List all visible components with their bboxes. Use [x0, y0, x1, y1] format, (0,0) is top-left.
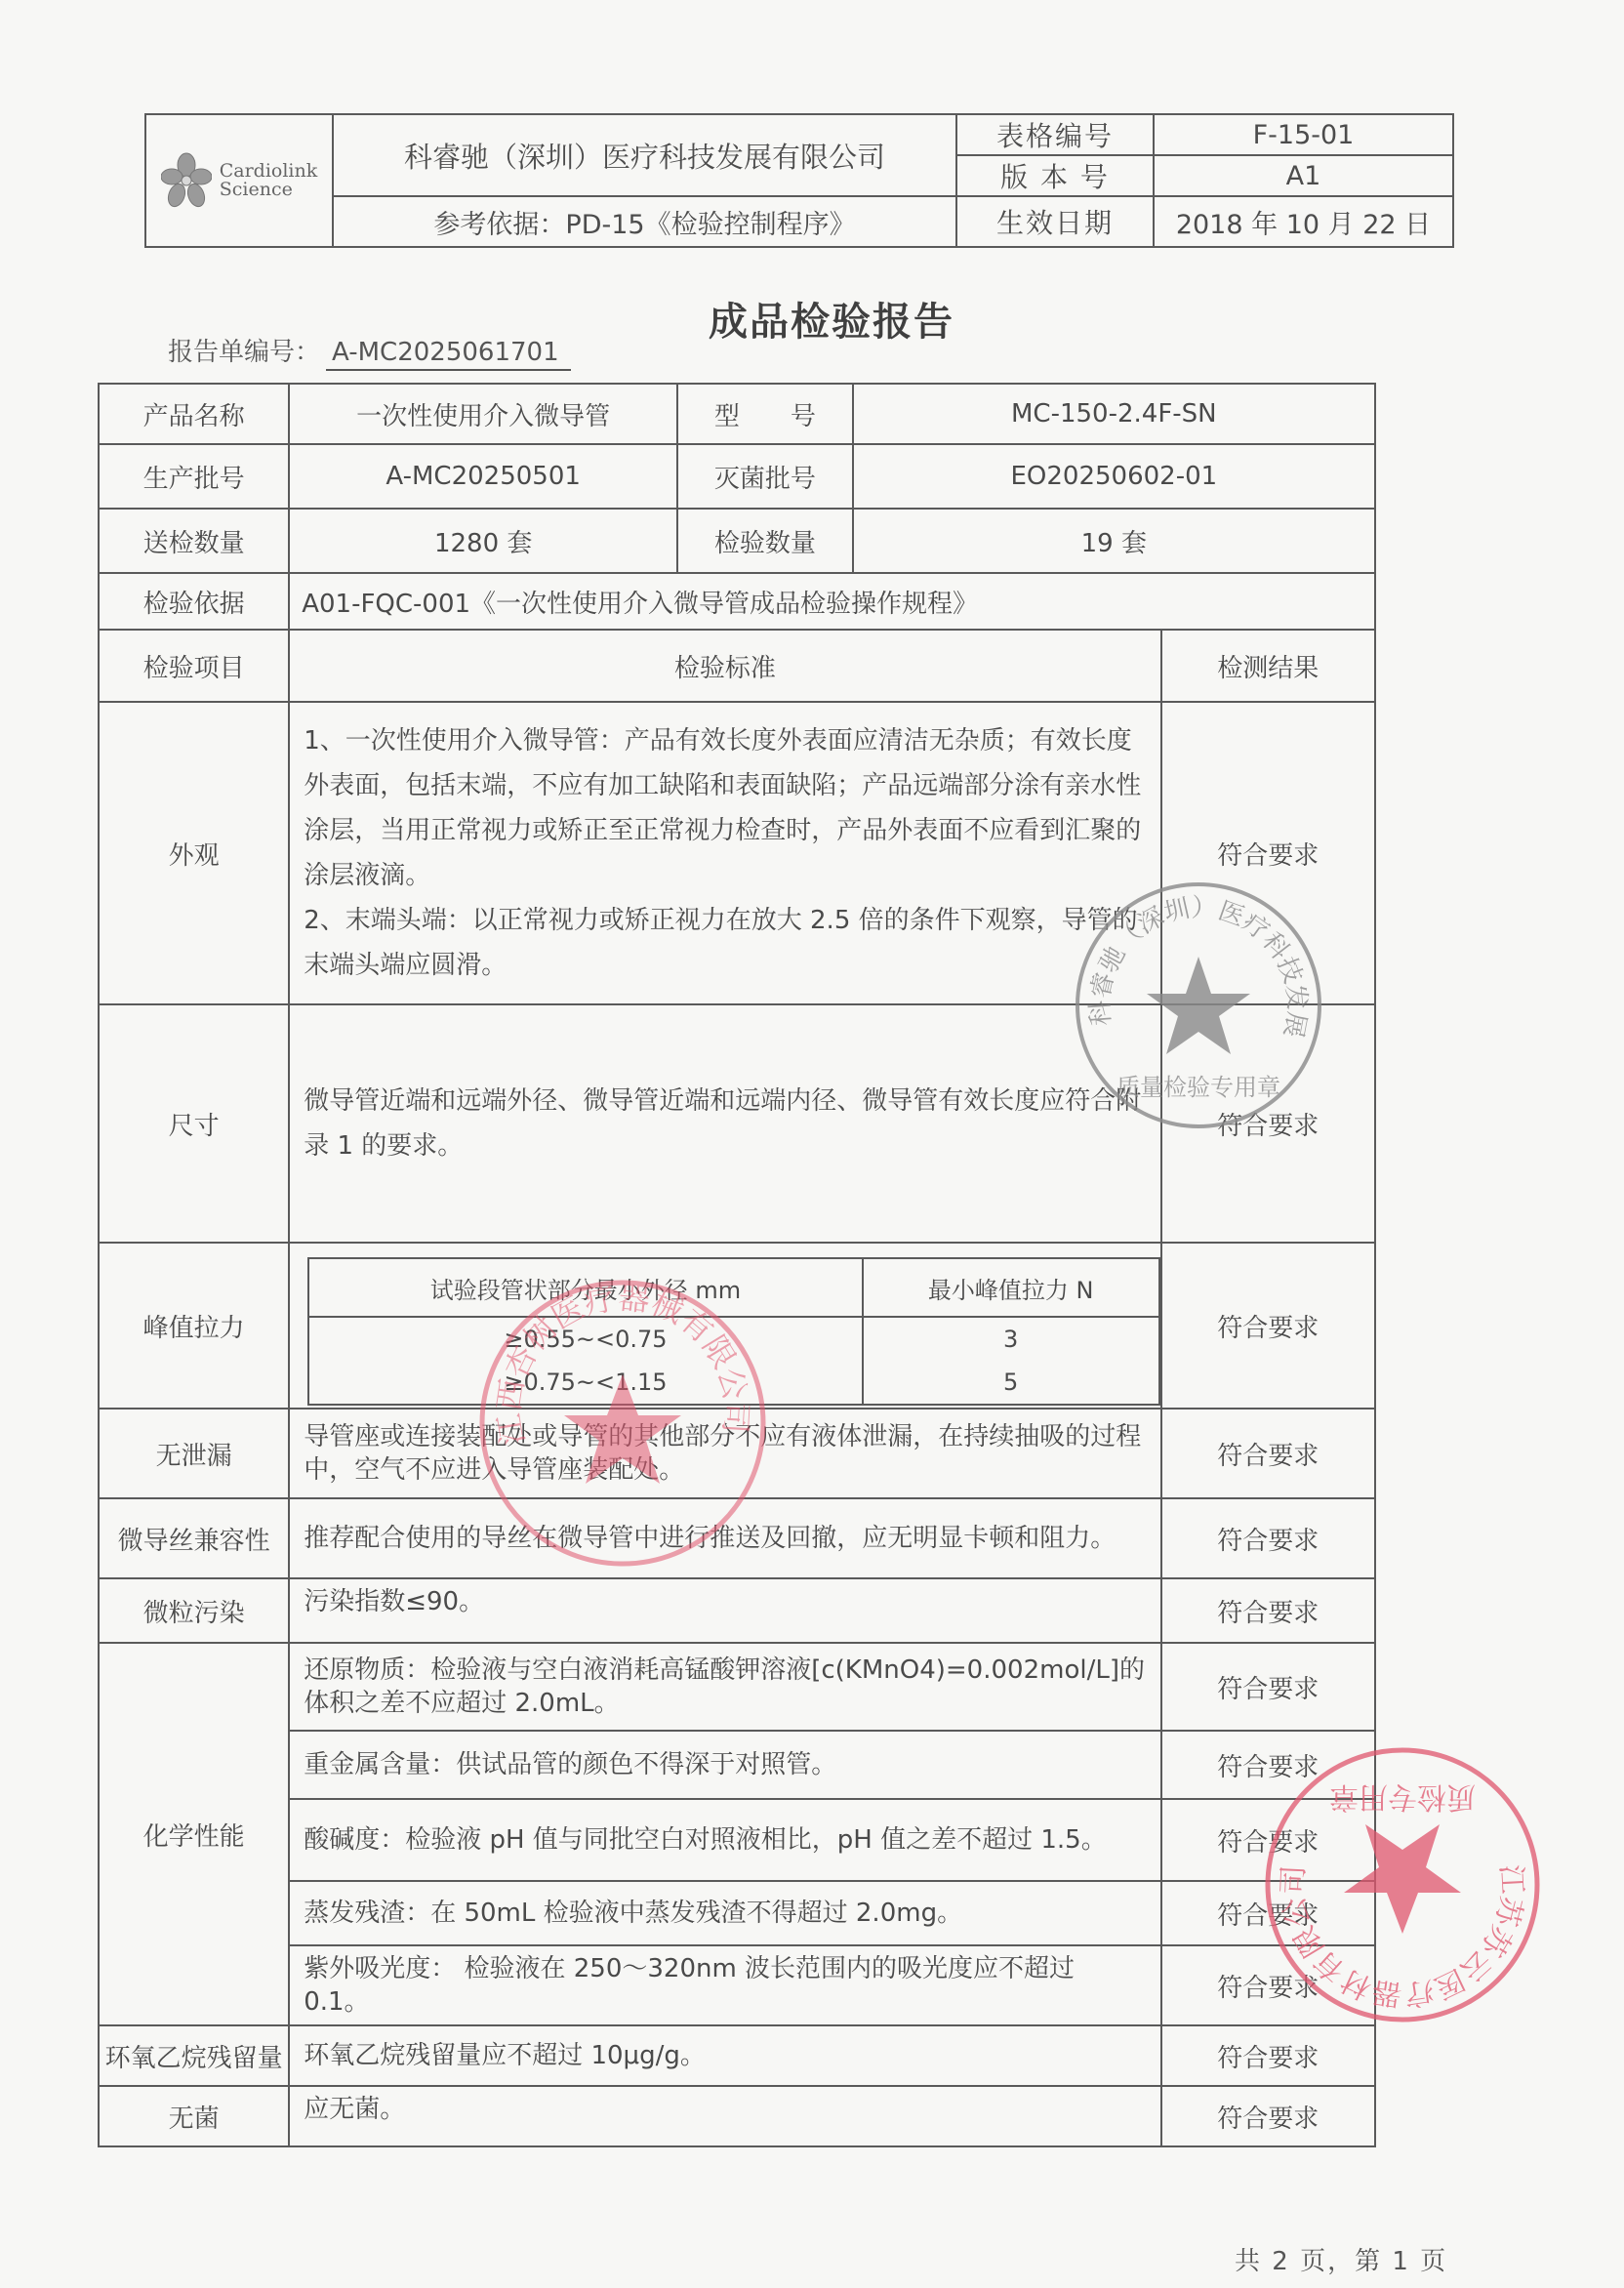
standard-text: 微导管近端和远端外径、微导管近端和远端内径、微导管有效长度应符合附录 1 的要求…	[289, 1004, 1160, 1243]
range-row-2: ≥0.75~<1.15	[309, 1361, 861, 1404]
item-label: 微导丝兼容性	[99, 1498, 289, 1578]
col-header-result: 检测结果	[1161, 630, 1375, 702]
result-value: 符合要求	[1161, 1945, 1375, 2025]
force-row-1: 3	[864, 1318, 1158, 1361]
result-value: 符合要求	[1161, 1004, 1375, 1243]
basis-value: A01-FQC-001《一次性使用介入微导管成品检验操作规程》	[289, 573, 1375, 630]
batch-value: A-MC20250501	[289, 444, 677, 509]
model-value: MC-150-2.4F-SN	[853, 384, 1375, 444]
col-header-item: 检验项目	[99, 630, 289, 702]
appearance-std-2: 2、末端头端：以正常视力或矫正视力在放大 2.5 倍的条件下观察，导管的末端头端…	[304, 898, 1146, 988]
flower-logo-icon	[161, 151, 212, 210]
result-value: 符合要求	[1161, 1498, 1375, 1578]
table-row: 尺寸 微导管近端和远端外径、微导管近端和远端内径、微导管有效长度应符合附录 1 …	[99, 1004, 1375, 1243]
inspect-qty-value: 19 套	[853, 509, 1375, 573]
item-label: 外观	[99, 702, 289, 1004]
result-value: 符合要求	[1161, 1578, 1375, 1643]
inspection-report-page: Cardiolink Science 科睿驰（深圳）医疗科技发展有限公司 表格编…	[0, 0, 1624, 2288]
sterile-batch-value: EO20250602-01	[853, 444, 1375, 509]
standard-text: 酸碱度：检验液 pH 值与同批空白对照液相比，pH 值之差不超过 1.5。	[289, 1799, 1160, 1881]
info-row: 生产批号 A-MC20250501 灭菌批号 EO20250602-01	[99, 444, 1375, 509]
version-value: A1	[1154, 155, 1453, 196]
result-value: 符合要求	[1161, 2025, 1375, 2086]
company-name: 科睿驰（深圳）医疗科技发展有限公司	[333, 114, 956, 196]
result-value: 符合要求	[1161, 1643, 1375, 1731]
range-row-1: ≥0.55~<0.75	[309, 1318, 861, 1361]
result-value: 符合要求	[1161, 702, 1375, 1004]
result-value: 符合要求	[1161, 2086, 1375, 2146]
table-row: 酸碱度：检验液 pH 值与同批空白对照液相比，pH 值之差不超过 1.5。 符合…	[99, 1799, 1375, 1881]
item-label: 化学性能	[99, 1643, 289, 2025]
standard-text: 推荐配合使用的导丝在微导管中进行推送及回撤，应无明显卡顿和阻力。	[289, 1498, 1160, 1578]
item-label: 尺寸	[99, 1004, 289, 1243]
item-label: 无泄漏	[99, 1409, 289, 1498]
standard-text: 1、一次性使用介入微导管：产品有效长度外表面应清洁无杂质；有效长度外表面，包括末…	[289, 702, 1160, 1004]
result-value: 符合要求	[1161, 1731, 1375, 1799]
submit-qty-label: 送检数量	[99, 509, 289, 573]
table-row: 化学性能 还原物质：检验液与空白液消耗高锰酸钾溶液[c(KMnO4)=0.002…	[99, 1643, 1375, 1731]
result-value: 符合要求	[1161, 1243, 1375, 1409]
effective-date-label: 生效日期	[956, 196, 1154, 247]
result-value: 符合要求	[1161, 1881, 1375, 1945]
table-row: 外观 1、一次性使用介入微导管：产品有效长度外表面应清洁无杂质；有效长度外表面，…	[99, 702, 1375, 1004]
subtable-ranges: ≥0.55~<0.75 ≥0.75~<1.15	[308, 1317, 862, 1405]
info-row: 送检数量 1280 套 检验数量 19 套	[99, 509, 1375, 573]
report-number-value: A-MC2025061701	[326, 338, 571, 371]
report-number-label: 报告单编号：	[168, 338, 320, 367]
batch-label: 生产批号	[99, 444, 289, 509]
subtable-forces: 3 5	[863, 1317, 1159, 1405]
table-row: 微导丝兼容性 推荐配合使用的导丝在微导管中进行推送及回撤，应无明显卡顿和阻力。 …	[99, 1498, 1375, 1578]
submit-qty-value: 1280 套	[289, 509, 677, 573]
form-no-value: F-15-01	[1154, 114, 1453, 155]
peak-tension-subtable-cell: 试验段管状部分最小外径 mm 最小峰值拉力 N ≥0.55~<0.75 ≥0.7…	[289, 1243, 1160, 1409]
item-label: 微粒污染	[99, 1578, 289, 1643]
column-header-row: 检验项目 检验标准 检测结果	[99, 630, 1375, 702]
col-header-standard: 检验标准	[289, 630, 1160, 702]
table-row: 无菌 应无菌。 符合要求	[99, 2086, 1375, 2146]
logo-line-2: Science	[220, 181, 318, 199]
product-name-value: 一次性使用介入微导管	[289, 384, 677, 444]
subtable-header-diameter: 试验段管状部分最小外径 mm	[308, 1258, 862, 1317]
table-row: 微粒污染 污染指数≤90。 符合要求	[99, 1578, 1375, 1643]
table-row: 紫外吸光度： 检验液在 250～320nm 波长范围内的吸光度应不超过 0.1。…	[99, 1945, 1375, 2025]
company-logo: Cardiolink Science	[146, 151, 332, 210]
standard-text: 紫外吸光度： 检验液在 250～320nm 波长范围内的吸光度应不超过 0.1。	[289, 1945, 1160, 2025]
standard-text: 污染指数≤90。	[289, 1578, 1160, 1643]
table-row: 峰值拉力 试验段管状部分最小外径 mm 最小峰值拉力 N ≥0.55~<0.75…	[99, 1243, 1375, 1409]
table-row: 环氧乙烷残留量 环氧乙烷残留量应不超过 10μg/g。 符合要求	[99, 2025, 1375, 2086]
appearance-std-1: 1、一次性使用介入微导管：产品有效长度外表面应清洁无杂质；有效长度外表面，包括末…	[304, 718, 1146, 898]
standard-text: 还原物质：检验液与空白液消耗高锰酸钾溶液[c(KMnO4)=0.002mol/L…	[289, 1643, 1160, 1731]
version-label: 版 本 号	[956, 155, 1154, 196]
standard-text: 应无菌。	[289, 2086, 1160, 2146]
info-row: 检验依据 A01-FQC-001《一次性使用介入微导管成品检验操作规程》	[99, 573, 1375, 630]
peak-tension-subtable: 试验段管状部分最小外径 mm 最小峰值拉力 N ≥0.55~<0.75 ≥0.7…	[307, 1257, 1159, 1406]
standard-text: 重金属含量：供试品管的颜色不得深于对照管。	[289, 1731, 1160, 1799]
basis-label: 检验依据	[99, 573, 289, 630]
result-value: 符合要求	[1161, 1409, 1375, 1498]
model-label: 型 号	[677, 384, 853, 444]
table-row: 无泄漏 导管座或连接装配处或导管的其他部分不应有液体泄漏，在持续抽吸的过程中，空…	[99, 1409, 1375, 1498]
standard-text: 蒸发残渣：在 50mL 检验液中蒸发残渣不得超过 2.0mg。	[289, 1881, 1160, 1945]
page-indicator: 共 2 页，第 1 页	[1235, 2241, 1447, 2277]
item-label: 无菌	[99, 2086, 289, 2146]
logo-cell: Cardiolink Science	[145, 114, 333, 247]
result-value: 符合要求	[1161, 1799, 1375, 1881]
item-label: 峰值拉力	[99, 1243, 289, 1409]
standard-text: 导管座或连接装配处或导管的其他部分不应有液体泄漏，在持续抽吸的过程中，空气不应进…	[289, 1409, 1160, 1498]
standard-text: 环氧乙烷残留量应不超过 10μg/g。	[289, 2025, 1160, 2086]
form-no-label: 表格编号	[956, 114, 1154, 155]
inspection-table: 产品名称 一次性使用介入微导管 型 号 MC-150-2.4F-SN 生产批号 …	[98, 383, 1376, 2147]
item-label: 环氧乙烷残留量	[99, 2025, 289, 2086]
effective-date-value: 2018 年 10 月 22 日	[1154, 196, 1453, 247]
table-row: 重金属含量：供试品管的颜色不得深于对照管。 符合要求	[99, 1731, 1375, 1799]
document-header-table: Cardiolink Science 科睿驰（深圳）医疗科技发展有限公司 表格编…	[144, 113, 1454, 248]
reference-basis: 参考依据：PD-15《检验控制程序》	[333, 196, 956, 247]
sterile-batch-label: 灭菌批号	[677, 444, 853, 509]
report-title: 成品检验报告	[709, 291, 954, 347]
report-number: 报告单编号：A-MC2025061701	[168, 332, 571, 371]
force-row-2: 5	[864, 1361, 1158, 1404]
table-row: 蒸发残渣：在 50mL 检验液中蒸发残渣不得超过 2.0mg。 符合要求	[99, 1881, 1375, 1945]
inspect-qty-label: 检验数量	[677, 509, 853, 573]
product-name-label: 产品名称	[99, 384, 289, 444]
subtable-header-force: 最小峰值拉力 N	[863, 1258, 1159, 1317]
info-row: 产品名称 一次性使用介入微导管 型 号 MC-150-2.4F-SN	[99, 384, 1375, 444]
